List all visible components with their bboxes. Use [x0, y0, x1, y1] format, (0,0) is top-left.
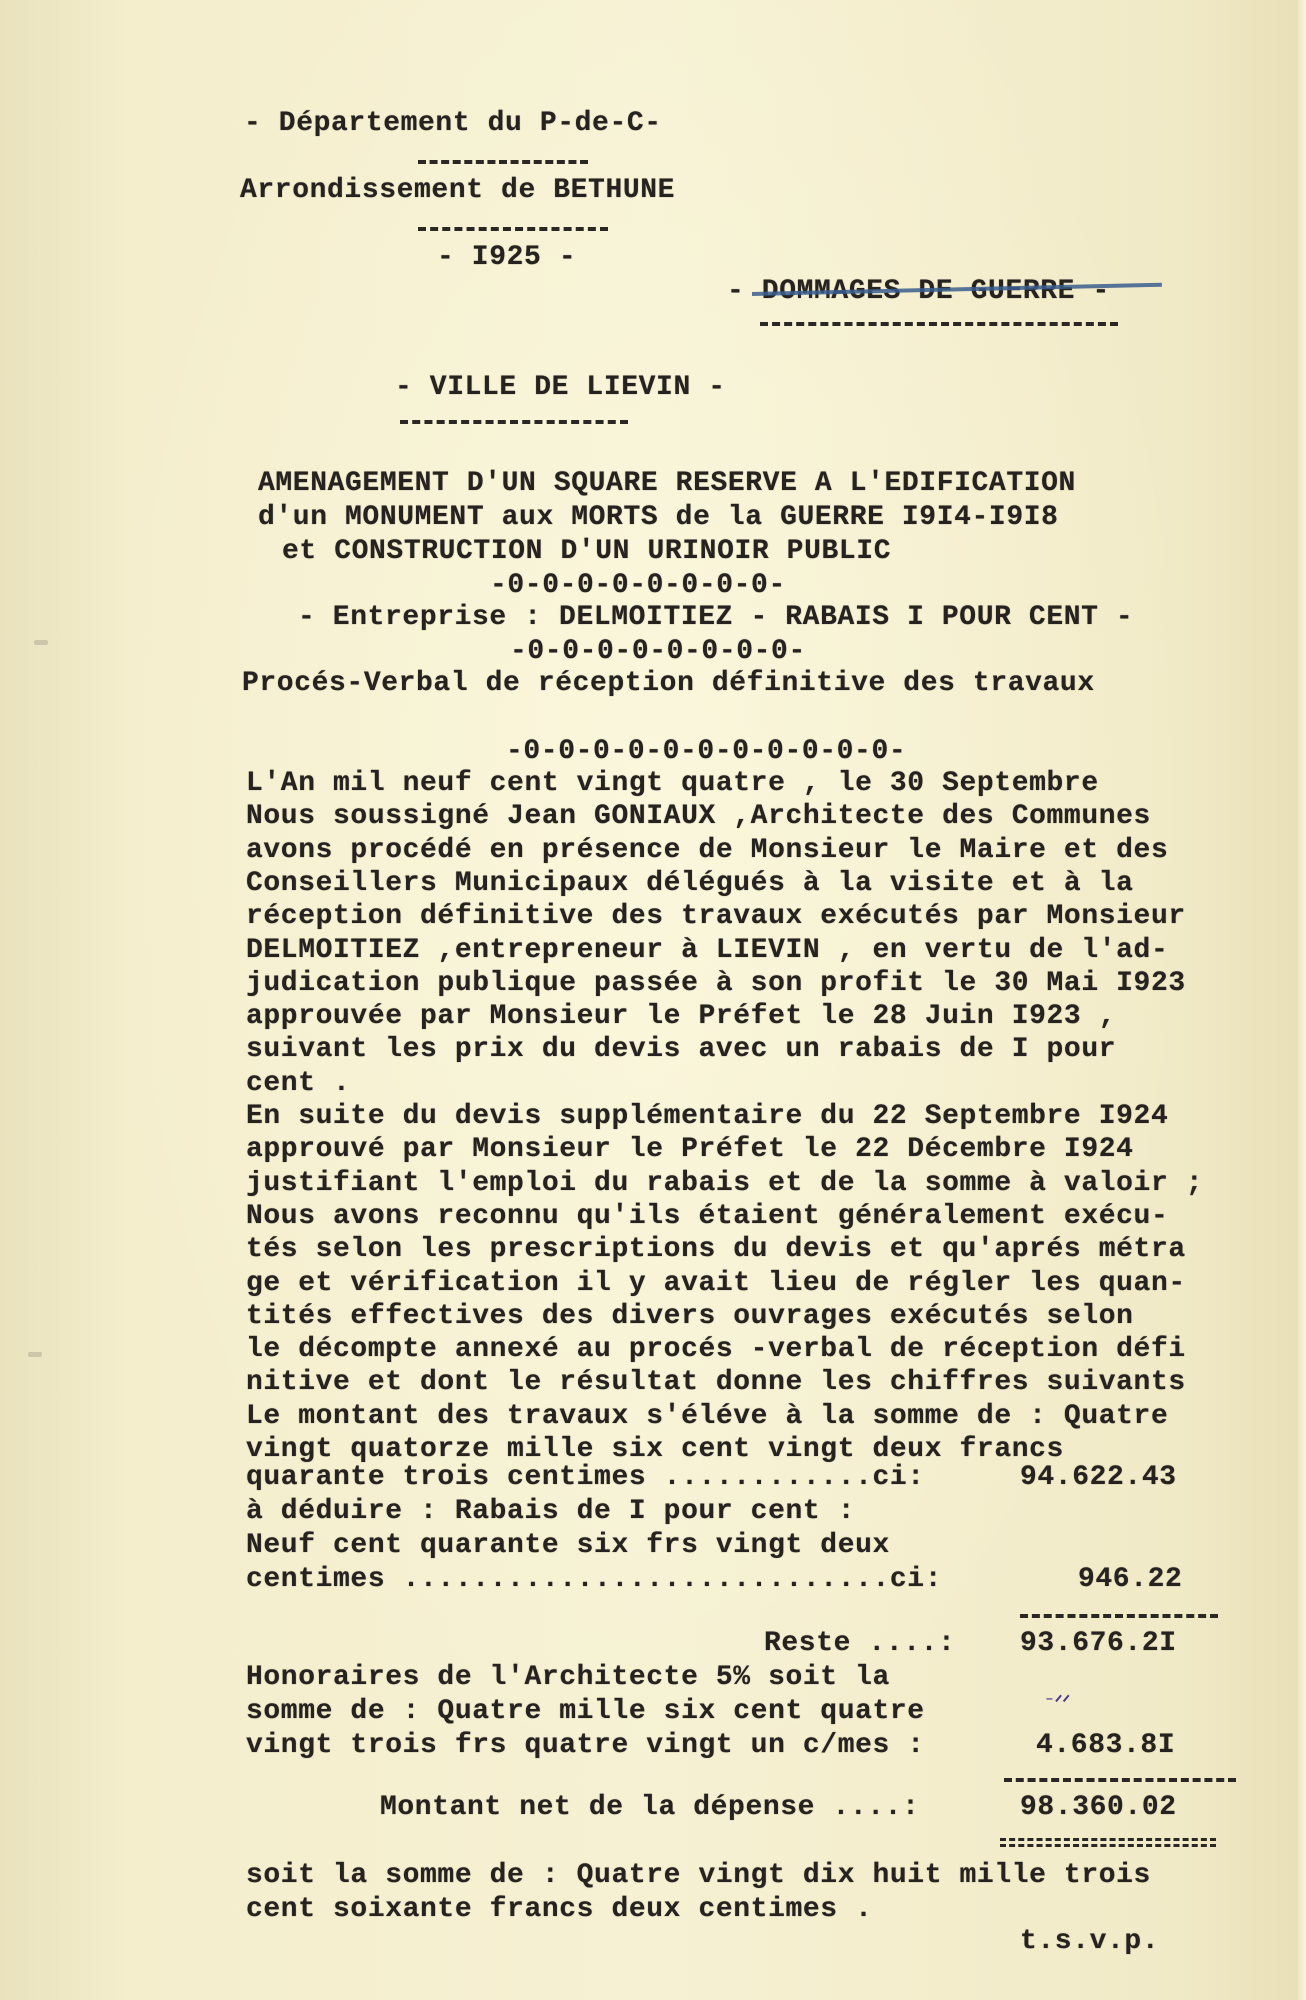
net-amount: 98.360.02 — [1020, 1792, 1177, 1823]
separator — [418, 227, 608, 231]
body-line: approuvé par Monsieur le Préfet le 22 Dé… — [246, 1134, 1134, 1165]
subject-line: Procés-Verbal de réception définitive de… — [242, 668, 1095, 699]
body-line: DELMOITIEZ ,entrepreneur à LIEVIN , en v… — [246, 935, 1168, 966]
net-label: Montant net de la dépense ....: — [380, 1792, 920, 1823]
body-line: judication publique passée à son profit … — [246, 968, 1186, 999]
double-underline — [1000, 1838, 1216, 1841]
body-line: suivant les prix du devis avec un rabais… — [246, 1034, 1116, 1065]
separator — [1020, 1614, 1218, 1618]
body-line: ge et vérification il y avait lieu de ré… — [246, 1268, 1186, 1299]
separator — [400, 420, 628, 424]
ornament: -0-0-0-0-0-0-0-0-0-0-0- — [506, 736, 906, 767]
body-line: le décompte annexé au procés -verbal de … — [246, 1334, 1186, 1365]
total-label: quarante trois centimes ............ci: — [246, 1462, 925, 1493]
body-line: réception définitive des travaux exécuté… — [246, 901, 1186, 932]
body-line: avons procédé en présence de Monsieur le… — [246, 835, 1168, 866]
body-line: nitive et dont le résultat donne les chi… — [246, 1367, 1186, 1398]
margin-speck — [34, 640, 48, 645]
year-heading: - I925 - — [437, 242, 576, 273]
body-line: Nous avons reconnu qu'ils étaient généra… — [246, 1201, 1168, 1232]
body-line: cent . — [246, 1068, 350, 1099]
closing-line-1: soit la somme de : Quatre vingt dix huit… — [246, 1860, 1151, 1891]
body-line: Conseillers Municipaux délégués à la vis… — [246, 868, 1134, 899]
arrondissement-heading: Arrondissement de BETHUNE — [240, 175, 675, 206]
title-line-1: AMENAGEMENT D'UN SQUARE RESERVE A L'EDIF… — [258, 468, 1076, 499]
total-amount: 94.622.43 — [1020, 1462, 1177, 1493]
department-heading: - Département du P-de-C- — [244, 108, 662, 139]
contractor-line: - Entreprise : DELMOITIEZ - RABAIS I POU… — [298, 602, 1133, 633]
title-line-2: d'un MONUMENT aux MORTS de la GUERRE I9I… — [258, 502, 1059, 533]
body-line: justifiant l'emploi du rabais et de la s… — [246, 1168, 1203, 1199]
fees-line-2: somme de : Quatre mille six cent quatre — [246, 1696, 925, 1727]
pencil-mark: ⁻ᐟᐟ — [1044, 1692, 1070, 1714]
fees-line-1: Honoraires de l'Architecte 5% soit la — [246, 1662, 890, 1693]
body-line: Nous soussigné Jean GONIAUX ,Architecte … — [246, 801, 1151, 832]
remainder-amount: 93.676.2I — [1020, 1628, 1177, 1659]
body-line: vingt quatorze mille six cent vingt deux… — [246, 1434, 1064, 1465]
discount-amount: 946.22 — [1078, 1564, 1182, 1595]
separator — [1004, 1778, 1236, 1782]
deduct-line: à déduire : Rabais de I pour cent : — [246, 1496, 855, 1527]
turn-over-note: t.s.v.p. — [1020, 1926, 1159, 1957]
separator — [760, 322, 1118, 326]
body-line: L'An mil neuf cent vingt quatre , le 30 … — [246, 768, 1099, 799]
margin-speck — [28, 1352, 42, 1357]
ornament: -0-0-0-0-0-0-0-0- — [490, 570, 786, 601]
body-line: tités effectives des divers ouvrages exé… — [246, 1301, 1134, 1332]
title-line-3: et CONSTRUCTION D'UN URINOIR PUBLIC — [282, 536, 891, 567]
closing-line-2: cent soixante francs deux centimes . — [246, 1894, 873, 1925]
body-line: tés selon les prescriptions du devis et … — [246, 1234, 1186, 1265]
body-line: approuvée par Monsieur le Préfet le 28 J… — [246, 1001, 1116, 1032]
remainder-label: Reste ....: — [764, 1628, 955, 1659]
page-edge — [1298, 0, 1306, 2000]
town-heading: - VILLE DE LIEVIN - — [395, 372, 726, 403]
body-line: Le montant des travaux s'éléve à la somm… — [246, 1401, 1168, 1432]
ornament: -0-0-0-0-0-0-0-0- — [510, 636, 806, 667]
fees-amount: 4.683.8I — [1036, 1730, 1175, 1761]
body-line: En suite du devis supplémentaire du 22 S… — [246, 1101, 1168, 1132]
discount-label: centimes ............................ci: — [246, 1564, 942, 1595]
fees-line-3: vingt trois frs quatre vingt un c/mes : — [246, 1730, 925, 1761]
discount-words: Neuf cent quarante six frs vingt deux — [246, 1530, 890, 1561]
separator — [418, 160, 588, 164]
